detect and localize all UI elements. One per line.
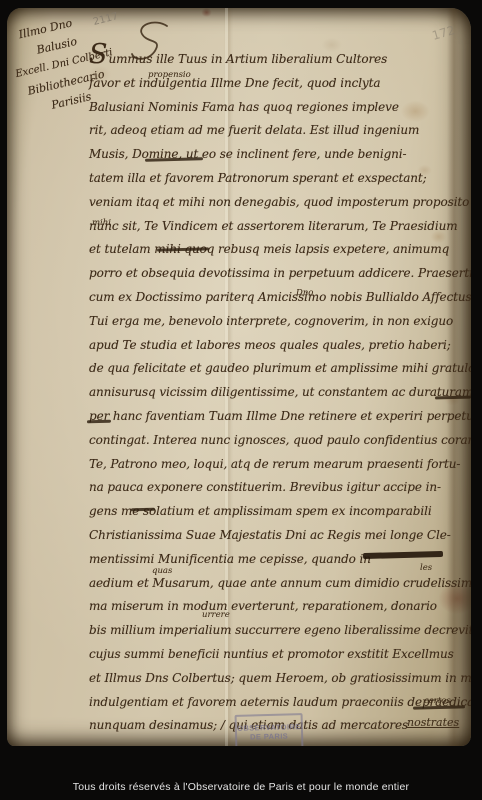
manuscript-line: Summus ille Tuus in Artium liberalium Cu… [89,48,471,72]
manuscript-line: gens me solatium et amplissimam spem ex … [89,500,471,524]
manuscript-line: cum ex Doctissimo pariterq Amicissimo no… [89,286,471,310]
manuscript-line: et tutelam mihi quoq rebusq meis lapsis … [89,238,471,262]
manuscript-line: cujus summi beneficii nuntius et promoto… [89,643,471,667]
manuscript-line: et Illmus Dns Colbertus; quem Heroem, ob… [89,667,471,691]
manuscript-line: Balusiani Nominis Fama has quoq regiones… [89,96,471,120]
interlinear-insertion: urrere [202,610,230,620]
manuscript-photo: Illmo Dno Balusio Excell. Dni Colberti B… [0,0,482,800]
interlinear-insertion: Dno [296,288,313,298]
observatoire-stamp: OBSERVATOIRE DE PARIS [235,713,304,746]
manuscript-line: indulgentiam et favorem aeternis laudum … [89,691,471,715]
manuscript-line: per hanc faventiam Tuam Illme Dne retine… [89,405,471,429]
stamp-line: DE PARIS [250,732,288,742]
manuscript-line: na pauca exponere constituerim. Brevibus… [89,476,471,500]
manuscript-line: apud Te studia et labores meos quales qu… [89,334,471,358]
manuscript-line: Musis, Domine, ut eo se inclinent fere, … [89,143,471,167]
manuscript-line: tatem illa et favorem Patronorum sperant… [89,167,471,191]
manuscript-line: porro et obsequia devotissima in perpetu… [89,262,471,286]
manuscript-line: favor et indulgentia Illme Dne fecit, qu… [89,72,471,96]
interlinear-insertion: mihi [92,218,111,228]
manuscript-line: nunc sit, Te Vindicem et assertorem lite… [89,215,471,239]
interlinear-insertion: certos [424,696,451,706]
letter-body: Summus ille Tuus in Artium liberalium Cu… [89,48,471,738]
strikethrough-mark [131,508,155,512]
copyright-caption: Tous droits réservés à l'Observatoire de… [0,781,482,793]
manuscript-line: annisurusq vicissim diligentissime, ut c… [89,381,471,405]
manuscript-line: bis millium imperialium succurrere egeno… [89,619,471,643]
manuscript-line: aedium et Musarum, quae ante annum cum d… [89,572,471,596]
manuscript-page: Illmo Dno Balusio Excell. Dni Colberti B… [7,8,471,746]
manuscript-line: rit, adeoq etiam ad me fuerit delata. Es… [89,119,471,143]
manuscript-line: de qua felicitate et gaudeo plurimum et … [89,357,471,381]
interlinear-insertion: propensio [148,70,191,80]
manuscript-line: veniam itaq et mihi non denegabis, quod … [89,191,471,215]
manuscript-line: ma miserum in modum everterunt, reparati… [89,595,471,619]
manuscript-line: Christianissima Suae Majestatis Dni ac R… [89,524,471,548]
interlinear-insertion: les [420,563,432,573]
pencil-folio-number: 172 [431,23,457,43]
manuscript-line: Te, Patrono meo, loqui, atq de rerum mea… [89,453,471,477]
interlinear-insertion: quas [152,566,172,576]
strikethrough-mark [87,420,111,424]
manuscript-line: contingat. Interea nunc ignosces, quod p… [89,429,471,453]
signature-word: nostrates [407,716,459,729]
manuscript-line: Tui erga me, benevolo interprete, cognov… [89,310,471,334]
